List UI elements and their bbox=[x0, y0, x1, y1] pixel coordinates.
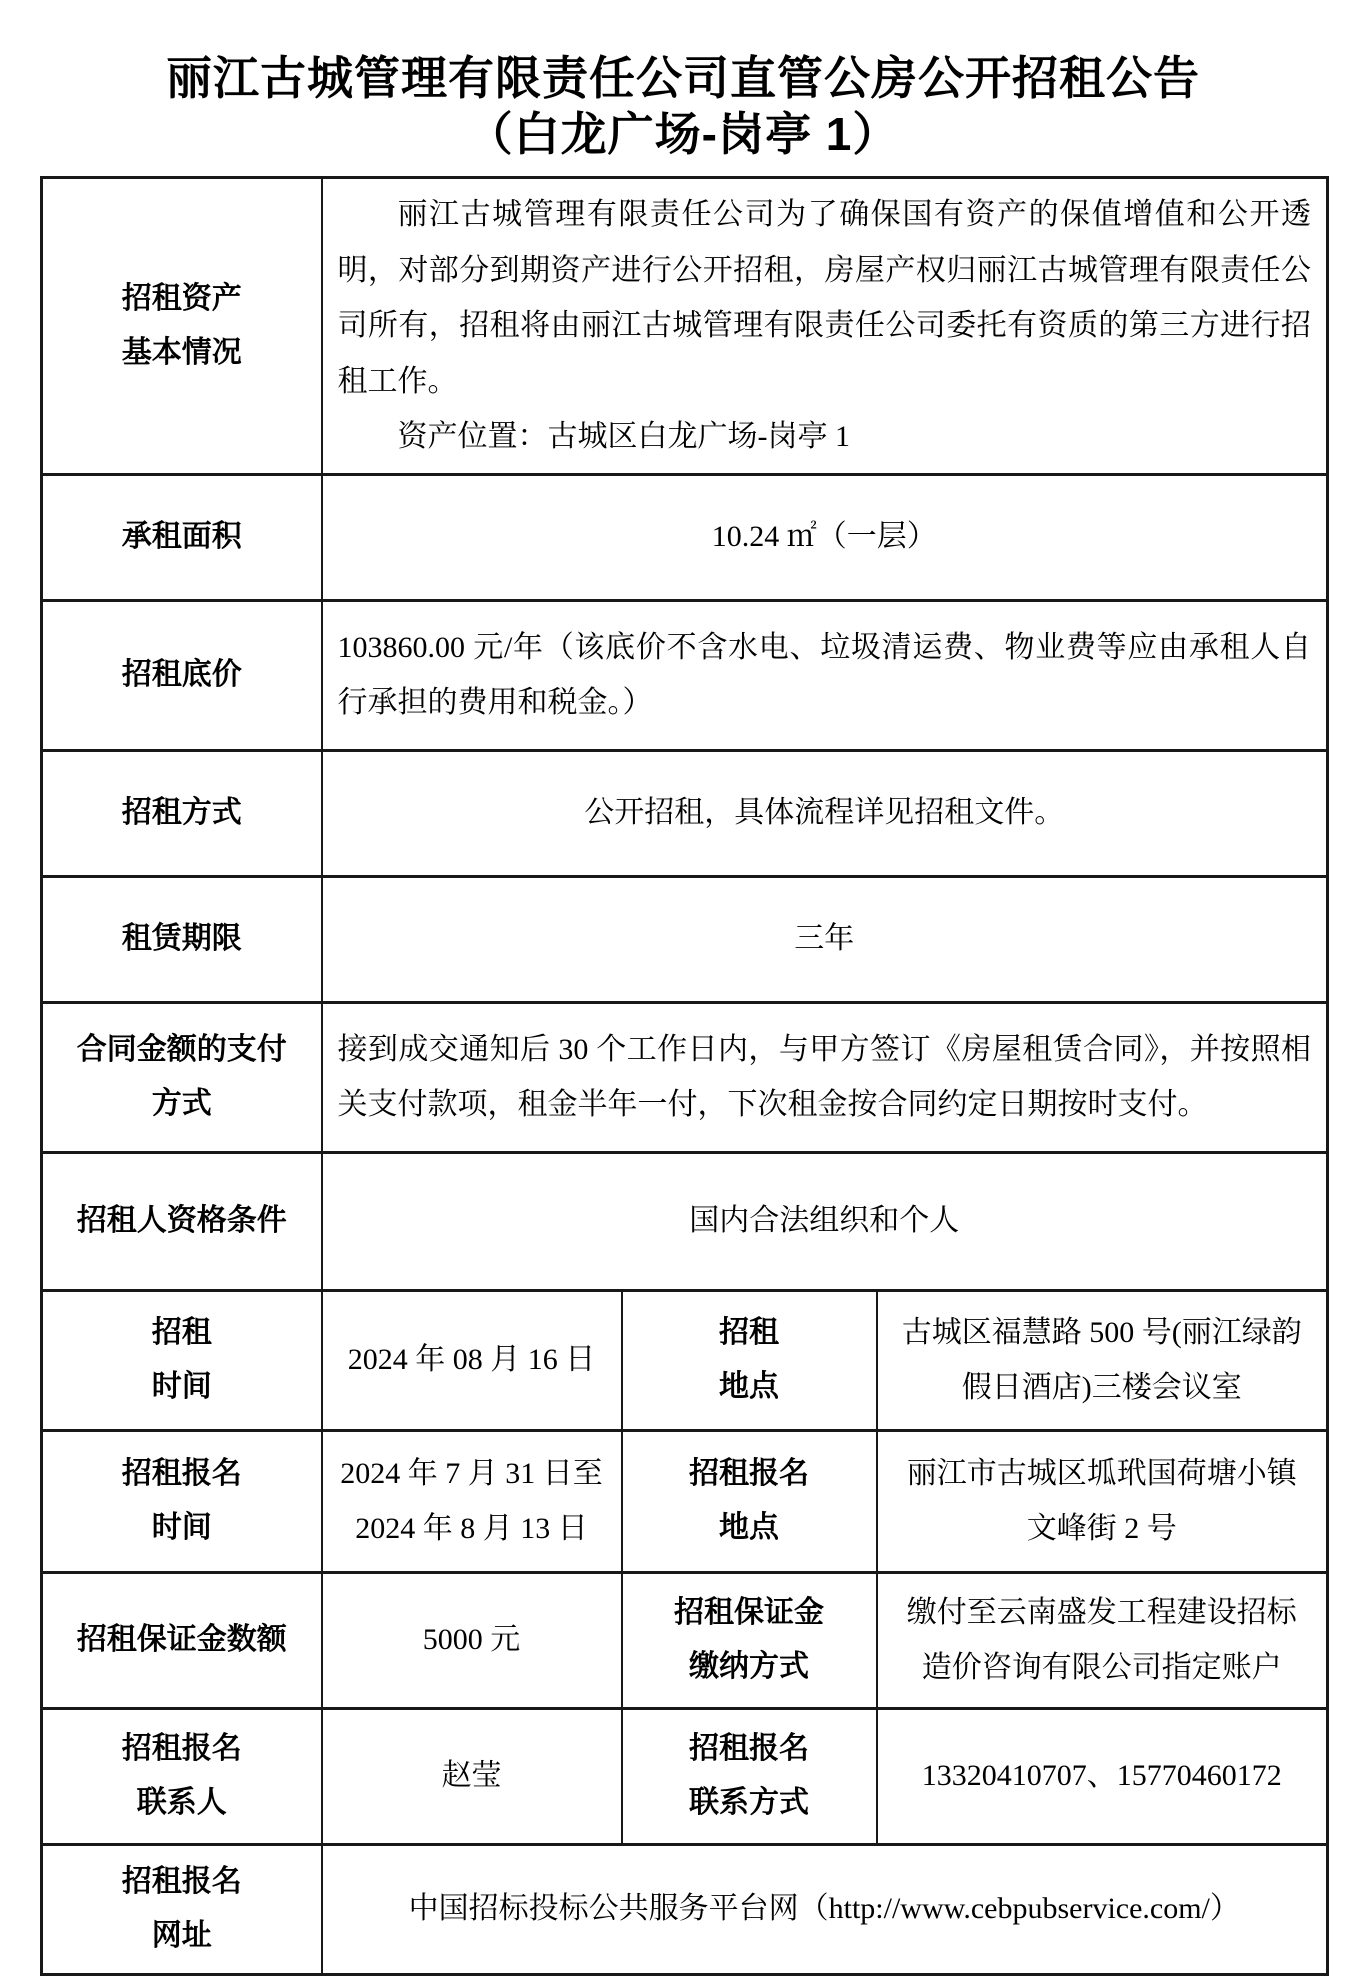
value-signup-time-line1: 2024 年 7 月 31 日至 bbox=[338, 1446, 606, 1502]
label-contact-person: 招租报名 联系人 bbox=[42, 1708, 322, 1844]
asset-location: 资产位置：古城区白龙广场-岗亭 1 bbox=[338, 409, 1312, 465]
label-deposit-method-line2: 缴纳方式 bbox=[638, 1640, 861, 1694]
label-rent-time-line2: 时间 bbox=[58, 1360, 306, 1414]
value-lease-term: 三年 bbox=[322, 876, 1328, 1002]
label-rent-place-line1: 招租 bbox=[638, 1306, 861, 1360]
value-rent-place: 古城区福慧路 500 号(丽江绿韵 假日酒店)三楼会议室 bbox=[877, 1290, 1328, 1430]
row-asset-info: 招租资产 基本情况 丽江古城管理有限责任公司为了确保国有资产的保值增值和公开透明… bbox=[42, 178, 1328, 475]
label-contact-person-line2: 联系人 bbox=[58, 1776, 306, 1830]
row-area: 承租面积 10.24 ㎡（一层） bbox=[42, 474, 1328, 600]
value-contact-person: 赵莹 bbox=[322, 1708, 622, 1844]
row-qualification: 招租人资格条件 国内合法组织和个人 bbox=[42, 1152, 1328, 1290]
label-deposit-method-line1: 招租保证金 bbox=[638, 1586, 861, 1640]
value-base-price: 103860.00 元/年（该底价不含水电、垃圾清运费、物业费等应由承租人自行承… bbox=[322, 600, 1328, 750]
announcement-table: 招租资产 基本情况 丽江古城管理有限责任公司为了确保国有资产的保值增值和公开透明… bbox=[40, 176, 1329, 1976]
value-asset-info: 丽江古城管理有限责任公司为了确保国有资产的保值增值和公开透明，对部分到期资产进行… bbox=[322, 178, 1328, 475]
value-signup-time: 2024 年 7 月 31 日至 2024 年 8 月 13 日 bbox=[322, 1430, 622, 1572]
value-deposit-amount: 5000 元 bbox=[322, 1572, 622, 1708]
label-website-line1: 招租报名 bbox=[58, 1855, 306, 1909]
row-payment: 合同金额的支付 方式 接到成交通知后 30 个工作日内，与甲方签订《房屋租赁合同… bbox=[42, 1002, 1328, 1152]
label-lease-term: 租赁期限 bbox=[42, 876, 322, 1002]
value-method: 公开招租，具体流程详见招租文件。 bbox=[322, 750, 1328, 876]
row-rent-time: 招租 时间 2024 年 08 月 16 日 招租 地点 古城区福慧路 500 … bbox=[42, 1290, 1328, 1430]
value-rent-place-line2: 假日酒店)三楼会议室 bbox=[893, 1360, 1312, 1416]
value-signup-place-line2: 文峰街 2 号 bbox=[893, 1501, 1312, 1557]
label-contact-phone-line2: 联系方式 bbox=[638, 1776, 861, 1830]
row-lease-term: 租赁期限 三年 bbox=[42, 876, 1328, 1002]
value-payment: 接到成交通知后 30 个工作日内，与甲方签订《房屋租赁合同》，并按照相关支付款项… bbox=[322, 1002, 1328, 1152]
label-rent-time-line1: 招租 bbox=[58, 1306, 306, 1360]
page-title: 丽江古城管理有限责任公司直管公房公开招租公告 （白龙广场-岗亭 1） bbox=[40, 50, 1326, 162]
label-website-line2: 网址 bbox=[58, 1909, 306, 1963]
label-signup-time-line1: 招租报名 bbox=[58, 1447, 306, 1501]
label-signup-place-line2: 地点 bbox=[638, 1501, 861, 1555]
value-area: 10.24 ㎡（一层） bbox=[322, 474, 1328, 600]
page-title-line1: 丽江古城管理有限责任公司直管公房公开招租公告 bbox=[40, 50, 1326, 106]
row-method: 招租方式 公开招租，具体流程详见招租文件。 bbox=[42, 750, 1328, 876]
label-rent-place: 招租 地点 bbox=[622, 1290, 877, 1430]
value-signup-place: 丽江市古城区坬玳国荷塘小镇 文峰街 2 号 bbox=[877, 1430, 1328, 1572]
value-website: 中国招标投标公共服务平台网（http://www.cebpubservice.c… bbox=[322, 1844, 1328, 1974]
label-contact-phone: 招租报名 联系方式 bbox=[622, 1708, 877, 1844]
value-deposit-method-line2: 造价咨询有限公司指定账户 bbox=[893, 1640, 1312, 1696]
label-base-price: 招租底价 bbox=[42, 600, 322, 750]
label-payment: 合同金额的支付 方式 bbox=[42, 1002, 322, 1152]
label-website: 招租报名 网址 bbox=[42, 1844, 322, 1974]
label-payment-line2: 方式 bbox=[58, 1077, 306, 1131]
label-signup-time: 招租报名 时间 bbox=[42, 1430, 322, 1572]
row-signup-time: 招租报名 时间 2024 年 7 月 31 日至 2024 年 8 月 13 日… bbox=[42, 1430, 1328, 1572]
label-contact-phone-line1: 招租报名 bbox=[638, 1722, 861, 1776]
label-area: 承租面积 bbox=[42, 474, 322, 600]
label-asset-info-line2: 基本情况 bbox=[58, 326, 306, 380]
label-asset-info: 招租资产 基本情况 bbox=[42, 178, 322, 475]
label-asset-info-line1: 招租资产 bbox=[58, 272, 306, 326]
value-signup-time-line2: 2024 年 8 月 13 日 bbox=[338, 1501, 606, 1557]
value-deposit-method: 缴付至云南盛发工程建设招标 造价咨询有限公司指定账户 bbox=[877, 1572, 1328, 1708]
page-title-line2: （白龙广场-岗亭 1） bbox=[40, 106, 1326, 162]
row-contact: 招租报名 联系人 赵莹 招租报名 联系方式 13320410707、157704… bbox=[42, 1708, 1328, 1844]
label-rent-time: 招租 时间 bbox=[42, 1290, 322, 1430]
value-deposit-method-line1: 缴付至云南盛发工程建设招标 bbox=[893, 1585, 1312, 1641]
value-rent-place-line1: 古城区福慧路 500 号(丽江绿韵 bbox=[893, 1305, 1312, 1361]
label-signup-place-line1: 招租报名 bbox=[638, 1447, 861, 1501]
row-base-price: 招租底价 103860.00 元/年（该底价不含水电、垃圾清运费、物业费等应由承… bbox=[42, 600, 1328, 750]
asset-info-paragraph: 丽江古城管理有限责任公司为了确保国有资产的保值增值和公开透明，对部分到期资产进行… bbox=[338, 187, 1312, 409]
label-method: 招租方式 bbox=[42, 750, 322, 876]
row-deposit: 招租保证金数额 5000 元 招租保证金 缴纳方式 缴付至云南盛发工程建设招标 … bbox=[42, 1572, 1328, 1708]
value-rent-time: 2024 年 08 月 16 日 bbox=[322, 1290, 622, 1430]
label-rent-place-line2: 地点 bbox=[638, 1360, 861, 1414]
label-contact-person-line1: 招租报名 bbox=[58, 1722, 306, 1776]
announcement-page: 丽江古城管理有限责任公司直管公房公开招租公告 （白龙广场-岗亭 1） 招租资产 … bbox=[0, 0, 1366, 1976]
label-deposit-method: 招租保证金 缴纳方式 bbox=[622, 1572, 877, 1708]
label-deposit-amount: 招租保证金数额 bbox=[42, 1572, 322, 1708]
label-signup-place: 招租报名 地点 bbox=[622, 1430, 877, 1572]
value-qualification: 国内合法组织和个人 bbox=[322, 1152, 1328, 1290]
row-website: 招租报名 网址 中国招标投标公共服务平台网（http://www.cebpubs… bbox=[42, 1844, 1328, 1974]
value-signup-place-line1: 丽江市古城区坬玳国荷塘小镇 bbox=[893, 1446, 1312, 1502]
value-contact-phone: 13320410707、15770460172 bbox=[877, 1708, 1328, 1844]
label-payment-line1: 合同金额的支付 bbox=[58, 1023, 306, 1077]
label-signup-time-line2: 时间 bbox=[58, 1501, 306, 1555]
label-qualification: 招租人资格条件 bbox=[42, 1152, 322, 1290]
